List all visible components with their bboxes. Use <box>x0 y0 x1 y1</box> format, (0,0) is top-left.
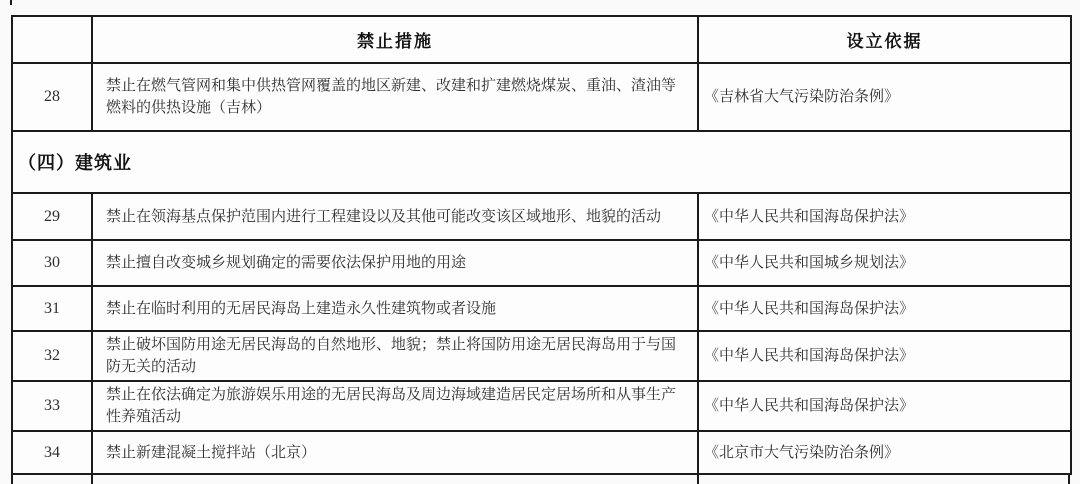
cut-off-right-border <box>1068 475 1070 484</box>
row-number-cell: 31 <box>12 286 92 331</box>
basis-cell: 《中华人民共和国海岛保护法》 <box>698 286 1071 331</box>
section-row: （四）建筑业 <box>12 131 1071 193</box>
prohibition-measures-table: 禁止措施 设立依据 28禁止在燃气管网和集中供热管网覆盖的地区新建、改建和扩建燃… <box>11 15 1072 475</box>
header-number-cell <box>12 16 92 63</box>
basis-cell: 《吉林省大气污染防治条例》 <box>698 63 1071 131</box>
header-measure-cell: 禁止措施 <box>92 16 698 63</box>
cut-off-next-row <box>11 473 1070 484</box>
table-header: 禁止措施 设立依据 <box>12 16 1071 63</box>
basis-cell: 《中华人民共和国海岛保护法》 <box>698 381 1071 431</box>
table-row: 33禁止在依法确定为旅游娱乐用途的无居民海岛及周边海域建造居民定居场所和从事生产… <box>12 381 1071 431</box>
basis-cell: 《中华人民共和国海岛保护法》 <box>698 193 1071 240</box>
section-title: （四）建筑业 <box>12 131 1071 193</box>
measure-cell: 禁止在燃气管网和集中供热管网覆盖的地区新建、改建和扩建燃烧煤炭、重油、渣油等燃料… <box>92 63 698 131</box>
table-row: 28禁止在燃气管网和集中供热管网覆盖的地区新建、改建和扩建燃烧煤炭、重油、渣油等… <box>12 63 1071 131</box>
table-row: 34禁止新建混凝土搅拌站（北京）《北京市大气污染防治条例》 <box>12 431 1071 474</box>
table-row: 30禁止擅自改变城乡规划确定的需要依法保护用地的用途《中华人民共和国城乡规划法》 <box>12 240 1071 286</box>
row-number-cell: 33 <box>12 381 92 431</box>
row-number-cell: 32 <box>12 331 92 381</box>
row-number-cell: 29 <box>12 193 92 240</box>
basis-cell: 《北京市大气污染防治条例》 <box>698 431 1071 474</box>
row-number-cell: 28 <box>12 63 92 131</box>
cut-off-col1-border <box>91 475 93 484</box>
measure-cell: 禁止擅自改变城乡规划确定的需要依法保护用地的用途 <box>92 240 698 286</box>
table-row: 32禁止破坏国防用途无居民海岛的自然地形、地貌；禁止将国防用途无居民海岛用于与国… <box>12 331 1071 381</box>
basis-cell: 《中华人民共和国城乡规划法》 <box>698 240 1071 286</box>
document-page: 禁止措施 设立依据 28禁止在燃气管网和集中供热管网覆盖的地区新建、改建和扩建燃… <box>0 0 1080 484</box>
measure-cell: 禁止在依法确定为旅游娱乐用途的无居民海岛及周边海域建造居民定居场所和从事生产性养… <box>92 381 698 431</box>
basis-cell: 《中华人民共和国海岛保护法》 <box>698 331 1071 381</box>
measure-cell: 禁止新建混凝土搅拌站（北京） <box>92 431 698 474</box>
header-basis-cell: 设立依据 <box>698 16 1071 63</box>
measure-cell: 禁止在领海基点保护范围内进行工程建设以及其他可能改变该区域地形、地貌的活动 <box>92 193 698 240</box>
measure-cell: 禁止在临时利用的无居民海岛上建造永久性建筑物或者设施 <box>92 286 698 331</box>
header-row: 禁止措施 设立依据 <box>12 16 1071 63</box>
table-row: 31禁止在临时利用的无居民海岛上建造永久性建筑物或者设施《中华人民共和国海岛保护… <box>12 286 1071 331</box>
cut-off-left-border <box>11 475 13 484</box>
row-number-cell: 34 <box>12 431 92 474</box>
cut-off-col2-border <box>697 475 699 484</box>
measure-cell: 禁止破坏国防用途无居民海岛的自然地形、地貌；禁止将国防用途无居民海岛用于与国防无… <box>92 331 698 381</box>
table-body: 28禁止在燃气管网和集中供热管网覆盖的地区新建、改建和扩建燃烧煤炭、重油、渣油等… <box>12 63 1071 474</box>
cut-off-row-border-fragment <box>10 0 12 5</box>
row-number-cell: 30 <box>12 240 92 286</box>
table-row: 29禁止在领海基点保护范围内进行工程建设以及其他可能改变该区域地形、地貌的活动《… <box>12 193 1071 240</box>
